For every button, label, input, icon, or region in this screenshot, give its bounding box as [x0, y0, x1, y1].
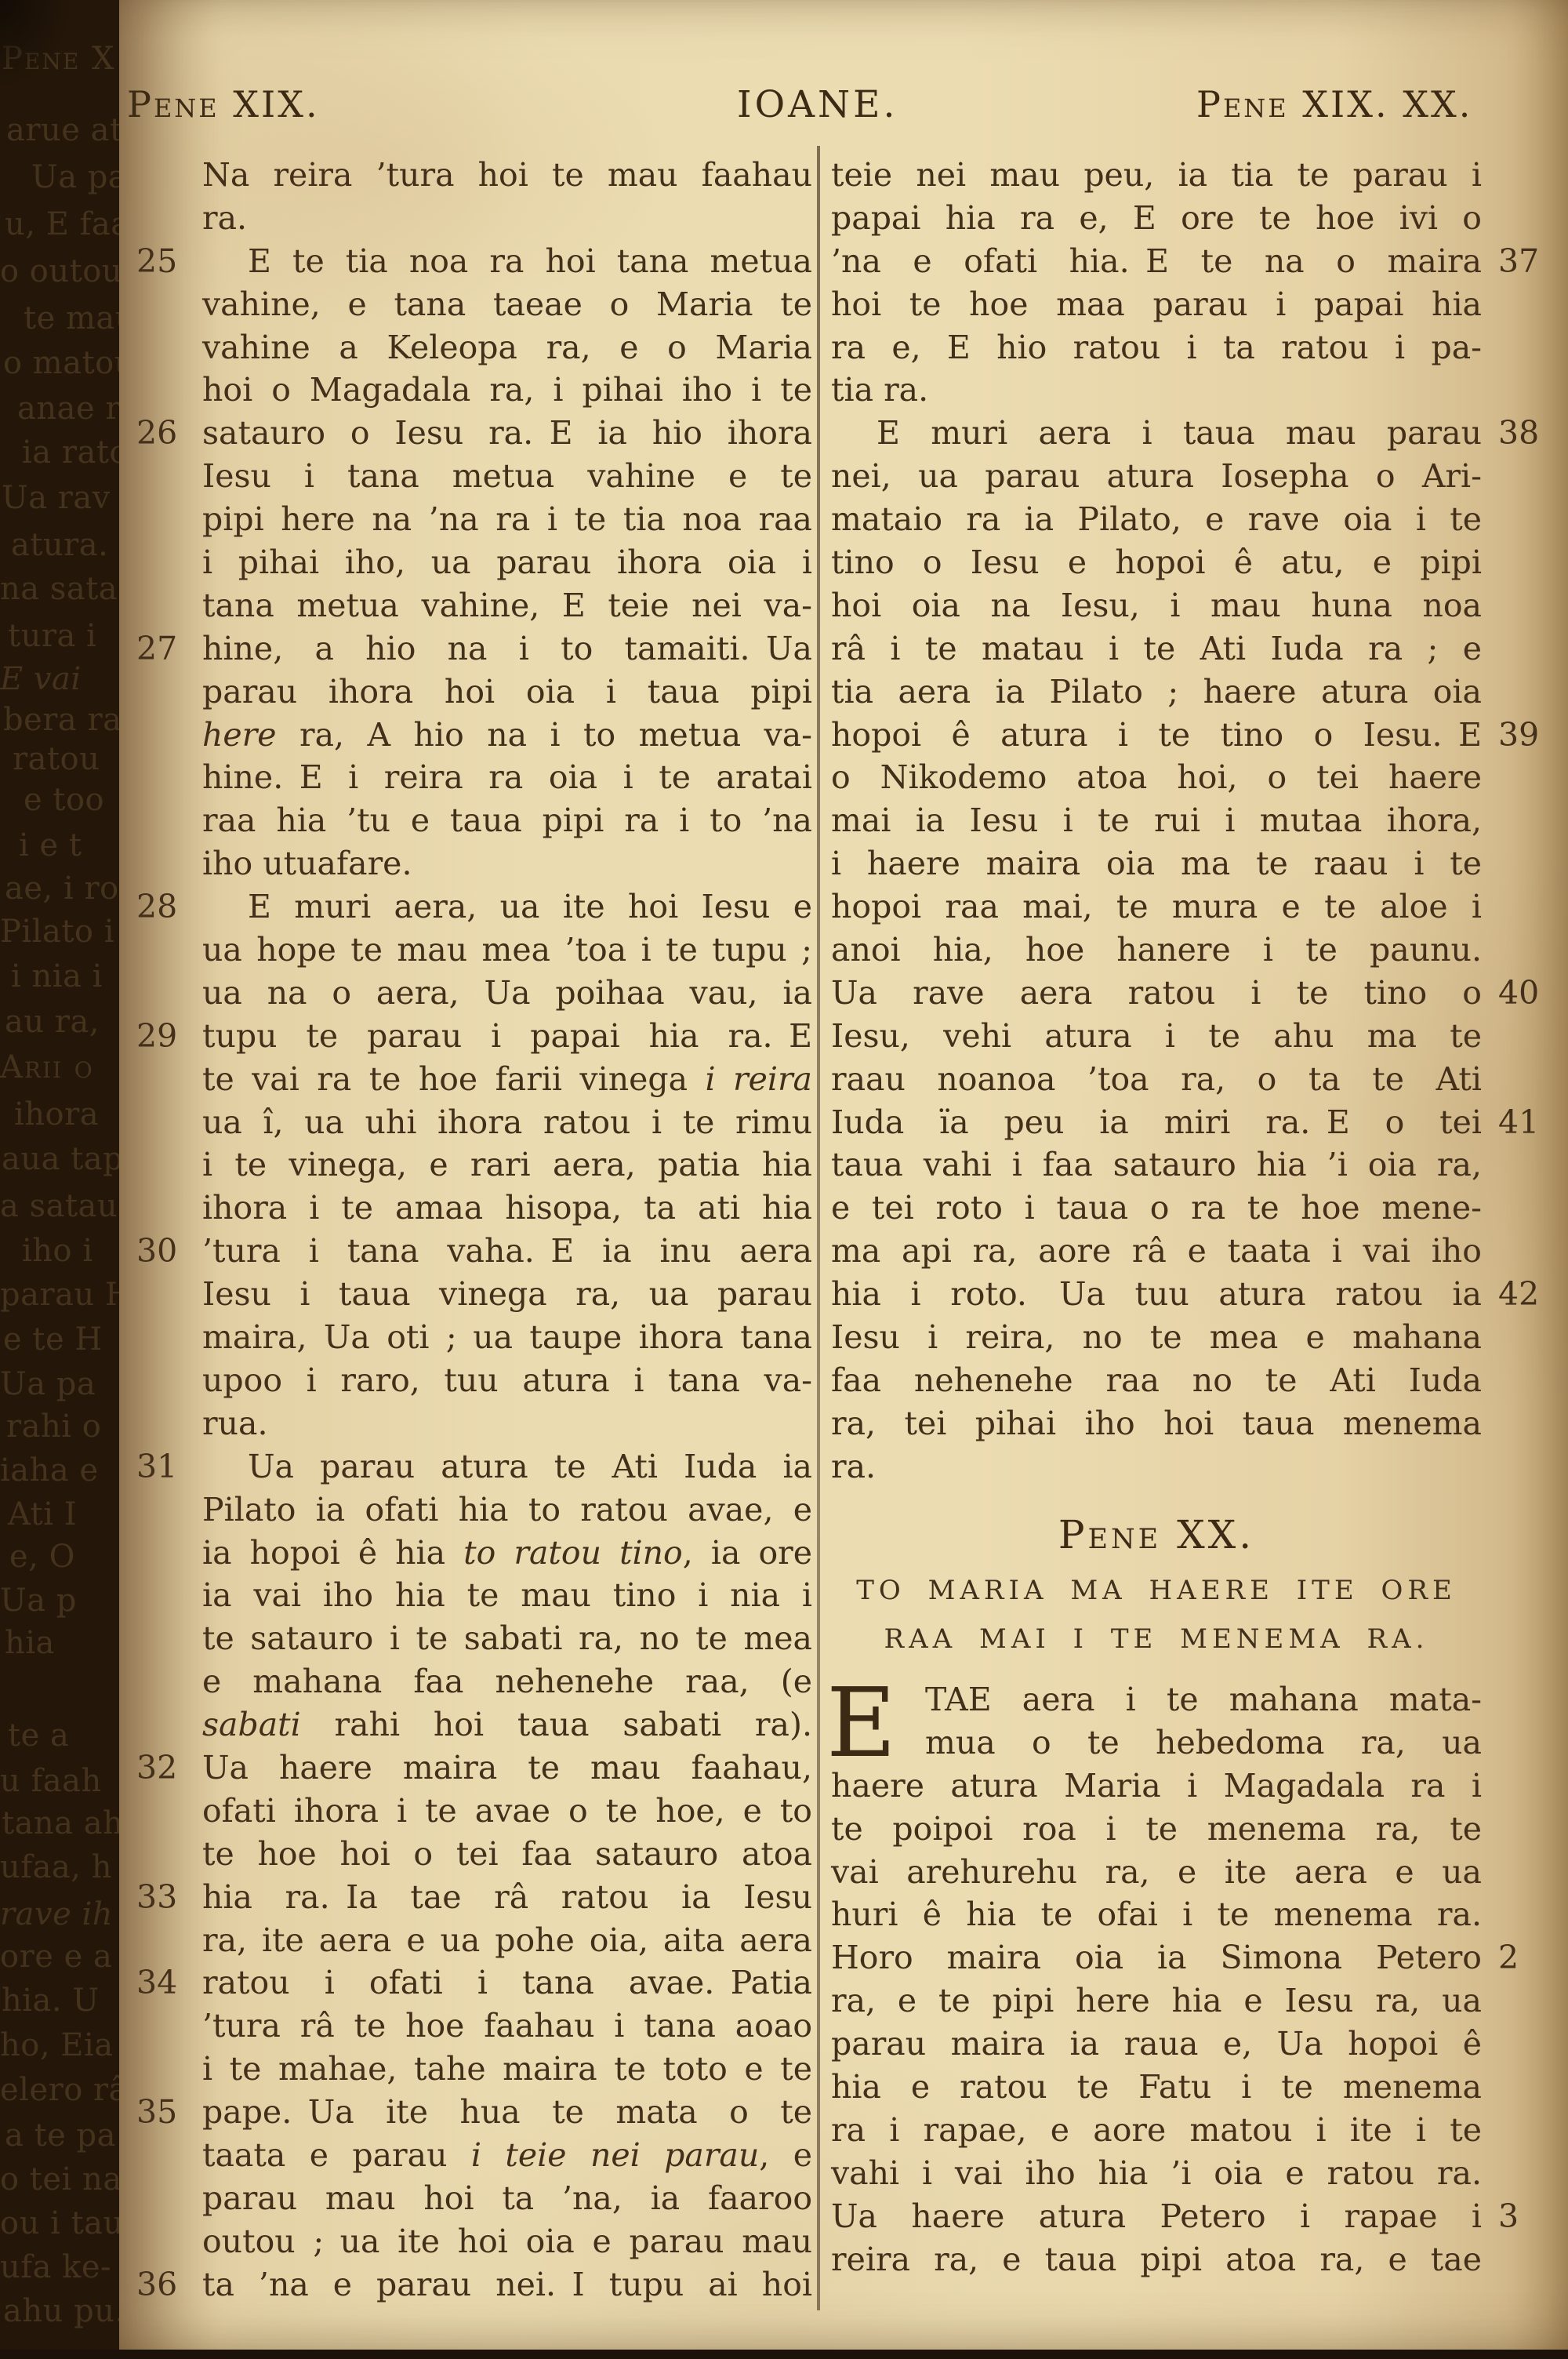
text-line: tia ra.	[831, 369, 1482, 412]
text-line: 28E muri aera, ua ite hoi Iesu e	[202, 885, 812, 929]
body-text: tia ra.	[831, 371, 928, 409]
body-text: Ua parau atura te Ati Iuda ia	[248, 1448, 812, 1485]
text-line: te vai ra te hoe farii vinega i reira	[202, 1058, 812, 1101]
edge-text-fragment: o matou	[3, 345, 119, 381]
body-text: iho utuafare.	[202, 845, 412, 882]
body-text: vahi i vai iho hia ’i oia e ratou ra.	[831, 2154, 1482, 2192]
body-text: teie nei mau peu, ia tia te parau i	[831, 156, 1482, 194]
edge-text-fragment: E vai	[0, 661, 82, 697]
text-line: taua vahi i faa satauro hia ’i oia ra,	[831, 1143, 1482, 1187]
verse-number: 41	[1498, 1101, 1564, 1144]
text-line: vahi i vai iho hia ’i oia e ratou ra.	[831, 2152, 1482, 2195]
body-text: te poipoi roa i te menema ra, te	[831, 1810, 1482, 1848]
edge-text-fragment: i nia i	[11, 958, 103, 994]
text-line: ra, e te pipi here hia e Iesu ra, ua	[831, 1979, 1482, 2023]
body-text: anoi hia, hoe hanere i te paunu.	[831, 931, 1482, 969]
body-text: ra, tei pihai iho hoi taua menema	[831, 1405, 1482, 1442]
body-text: râ i te matau i te Ati Iuda ra ; e	[831, 630, 1482, 667]
body-text: tupu te parau i papai hia ra. E	[202, 1017, 812, 1055]
text-line: te satauro i te sabati ra, no te mea	[202, 1617, 812, 1660]
edge-text-fragment: hia	[5, 1625, 55, 1661]
italic-text: here	[202, 716, 277, 754]
edge-text-fragment: rahi o	[6, 1408, 101, 1445]
edge-text-fragment: ahu pu.	[3, 2293, 119, 2329]
text-line: 26satauro o Iesu ra. E ia hio ihora	[202, 412, 812, 455]
body-text: huri ê hia te ofai i te menema ra.	[831, 1896, 1482, 1933]
text-line: ua hope te mau mea ’toa i te tupu ;	[202, 929, 812, 972]
edge-text-fragment: e te H	[3, 1321, 103, 1358]
body-text: hine. E i reira ra oia i te aratai	[202, 758, 812, 796]
body-text: hine, a hio na i to tamaiti. Ua	[202, 630, 812, 667]
body-text: ’tura i tana vaha. E ia inu aera	[202, 1232, 812, 1270]
text-line: 34ratou i ofati i tana avae. Patia	[202, 1961, 812, 2005]
text-column-right-ch20: E TAE aera i te mahana mata-mua o te heb…	[831, 1678, 1482, 2281]
edge-text-fragment: ufa ke-	[0, 2249, 111, 2285]
edge-text-fragment: ae, i ro	[5, 871, 119, 907]
body-text: te satauro i te sabati ra, no te mea	[202, 1619, 812, 1657]
page-curl-shadow	[0, 0, 71, 86]
italic-text: to ratou tino	[463, 1534, 683, 1572]
book-page-photo: { "header": { "left": "Pene XIX.", "cent…	[0, 0, 1568, 2359]
edge-text-fragment: ufaa, h	[0, 1849, 112, 1885]
verse-number: 40	[1498, 972, 1564, 1015]
verse-number: 33	[136, 1876, 198, 1919]
body-text: taata e parau	[202, 2136, 471, 2174]
text-line: taata e parau i teie nei parau, e	[202, 2134, 812, 2177]
text-line: TAE aera i te mahana mata-	[831, 1678, 1482, 1721]
edge-text-fragment: au ra,	[5, 1004, 100, 1040]
text-line: 39hopoi ê atura i te tino o Iesu. E	[831, 714, 1482, 757]
text-line: parau mau hoi ta ’na, ia faaroo	[202, 2177, 812, 2220]
verse-number: 35	[136, 2091, 198, 2134]
text-line: tino o Iesu e hopoi ê atu, e pipi	[831, 541, 1482, 584]
body-text: satauro o Iesu ra. E ia hio ihora	[202, 414, 812, 452]
edge-text-fragment: o outou	[0, 253, 119, 289]
text-line: reira ra, e taua pipi atoa ra, e tae	[831, 2238, 1482, 2281]
body-text: hopoi raa mai, te mura e te aloe i	[831, 888, 1482, 925]
text-line: rua.	[202, 1402, 812, 1445]
verse-number: 27	[136, 627, 198, 671]
edge-text-fragment: ho, Eia	[0, 2027, 114, 2063]
text-line: mataio ra ia Pilato, e rave oia i te	[831, 498, 1482, 541]
verse-number: 36	[136, 2263, 198, 2306]
text-line: Na reira ’tura hoi te mau faahau	[202, 154, 812, 197]
text-line: ia vai iho hia te mau tino i nia i	[202, 1574, 812, 1617]
verse-number: 37	[1498, 240, 1564, 283]
body-text: i te mahae, tahe maira te toto e te	[202, 2050, 812, 2088]
text-line: tana metua vahine, E teie nei va-	[202, 584, 812, 627]
body-text: parau maira ia raua e, Ua hopoi ê	[831, 2025, 1482, 2063]
chapter-heading: Pene XX.	[831, 1512, 1482, 1558]
text-line: ma api ra, aore râ e taata i vai iho	[831, 1230, 1482, 1273]
body-text: E te tia noa ra hoi tana metua	[248, 242, 812, 280]
verse-number: 25	[136, 240, 198, 283]
body-text: hopoi ê atura i te tino o Iesu. E	[831, 716, 1482, 754]
page: Pene XIX. IOANE. Pene XIX. XX. Na reira …	[119, 0, 1568, 2351]
edge-text-fragment: Ua pa	[31, 159, 119, 195]
text-line: haere atura Maria i Magadala ra i	[831, 1765, 1482, 1808]
photo-bottom-edge	[0, 2350, 1568, 2359]
edge-text-fragment: a satau	[0, 1188, 118, 1224]
text-line: 42hia i roto. Ua tuu atura ratou ia	[831, 1273, 1482, 1316]
edge-text-fragment: iaha e	[0, 1452, 99, 1488]
body-text: vahine, e tana taeae o Maria te	[202, 285, 812, 323]
body-text: , ia ore	[683, 1534, 812, 1572]
edge-text-fragment: atura.	[11, 527, 108, 563]
italic-text: i reira	[705, 1060, 812, 1098]
edge-text-fragment: Ati I	[8, 1496, 77, 1532]
text-line: faa nehenehe raa no te Ati Iuda	[831, 1359, 1482, 1402]
text-line: 41Iuda ïa peu ia miri ra. E o tei	[831, 1101, 1482, 1144]
verse-number: 42	[1498, 1273, 1564, 1316]
body-text: mua o te hebedoma ra, ua	[925, 1724, 1482, 1761]
body-text: ’na e ofati hia. E te na o maira	[831, 242, 1482, 280]
edge-text-fragment: aua tap	[2, 1141, 119, 1177]
body-text: ma api ra, aore râ e taata i vai iho	[831, 1232, 1482, 1270]
edge-text-fragment: rave ih	[0, 1896, 113, 1932]
text-line: raau noanoa ’toa ra, o ta te Ati	[831, 1058, 1482, 1101]
body-text: faa nehenehe raa no te Ati Iuda	[831, 1361, 1482, 1399]
text-line: huri ê hia te ofai i te menema ra.	[831, 1893, 1482, 1936]
text-column-right-ch19: teie nei mau peu, ia tia te parau ipapai…	[831, 154, 1482, 1488]
body-text: rua.	[202, 1405, 267, 1442]
edge-text-fragment: Pilato i	[0, 914, 114, 950]
verse-number: 39	[1498, 714, 1564, 757]
text-line: ra, ite aera e ua pohe oia, aita aera	[202, 1919, 812, 1962]
text-line: hoi te hoe maa parau i papai hia	[831, 283, 1482, 326]
text-line: maira, Ua oti ; ua taupe ihora tana	[202, 1316, 812, 1359]
body-text: Iuda ïa peu ia miri ra. E o tei	[831, 1103, 1482, 1141]
text-line: hopoi raa mai, te mura e te aloe i	[831, 885, 1482, 929]
text-line: 30’tura i tana vaha. E ia inu aera	[202, 1230, 812, 1273]
edge-text-fragment: Ua rav	[2, 480, 111, 516]
edge-text-fragment: Arii o	[0, 1049, 94, 1085]
text-line: ra i rapae, e aore matou i ite i te	[831, 2109, 1482, 2152]
body-text: ra i rapae, e aore matou i ite i te	[831, 2111, 1482, 2149]
text-line: te poipoi roa i te menema ra, te	[831, 1808, 1482, 1851]
edge-text-fragment: u faah	[0, 1763, 102, 1799]
body-text: ra, e te pipi here hia e Iesu ra, ua	[831, 1982, 1482, 2019]
body-text: Na reira ’tura hoi te mau faahau	[202, 156, 812, 194]
text-line: hine. E i reira ra oia i te aratai	[202, 756, 812, 799]
text-line: 29tupu te parau i papai hia ra. E	[202, 1015, 812, 1058]
body-text: rahi hoi taua sabati ra).	[301, 1706, 812, 1743]
body-text: haere atura Maria i Magadala ra i	[831, 1767, 1482, 1805]
text-line: ra e, E hio ratou i ta ratou i pa-	[831, 326, 1482, 369]
chapter-subtitle-line1: TO MARIA MA HAERE ITE ORE	[831, 1575, 1482, 1606]
text-line: 32Ua haere maira te mau faahau,	[202, 1747, 812, 1790]
body-text: tia aera ia Pilato ; haere atura oia	[831, 673, 1482, 711]
body-text: hia i roto. Ua tuu atura ratou ia	[831, 1275, 1482, 1313]
body-text: hoi oia na Iesu, i mau huna noa	[831, 587, 1482, 624]
text-line: 3Ua haere atura Petero i rapae i	[831, 2195, 1482, 2238]
body-text: te hoe hoi o tei faa satauro atoa	[202, 1835, 812, 1873]
body-text: ra.	[202, 199, 247, 237]
running-head-title: IOANE.	[737, 83, 898, 126]
body-text: ratou i ofati i tana avae. Patia	[202, 1964, 812, 2001]
text-line: râ i te matau i te Ati Iuda ra ; e	[831, 627, 1482, 671]
text-line: here ra, A hio na i to metua va-	[202, 714, 812, 757]
body-text: pape. Ua ite hua te mata o te	[202, 2093, 812, 2131]
text-line: 2Horo maira oia ia Simona Petero	[831, 1936, 1482, 1979]
edge-text-fragment: e too	[24, 782, 104, 818]
text-line: ihora i te amaa hisopa, ta ati hia	[202, 1187, 812, 1230]
body-text: maira, Ua oti ; ua taupe ihora tana	[202, 1318, 812, 1356]
edge-text-fragment: e, O	[9, 1539, 75, 1575]
text-line: 31Ua parau atura te Ati Iuda ia	[202, 1445, 812, 1488]
text-line: hoi oia na Iesu, i mau huna noa	[831, 584, 1482, 627]
verse-number: 32	[136, 1747, 198, 1790]
text-line: Iesu i tana metua vahine e te	[202, 455, 812, 498]
body-text: parau mau hoi ta ’na, ia faaroo	[202, 2179, 812, 2217]
body-text: te vai ra te hoe farii vinega	[202, 1060, 705, 1098]
text-line: vahine, e tana taeae o Maria te	[202, 283, 812, 326]
edge-text-fragment: parau H	[0, 1277, 119, 1313]
chapter-subtitle-line2: RAA MAI I TE MENEMA RA.	[831, 1623, 1482, 1655]
body-text: e tei roto i taua o ra te hoe mene-	[831, 1189, 1482, 1227]
verse-number: 38	[1498, 412, 1564, 455]
body-text: Ua rave aera ratou i te tino o	[831, 974, 1482, 1012]
text-line: 40Ua rave aera ratou i te tino o	[831, 972, 1482, 1015]
text-line: mua o te hebedoma ra, ua	[831, 1721, 1482, 1765]
text-line: upoo i raro, tuu atura i tana va-	[202, 1359, 812, 1402]
verse-number: 26	[136, 412, 198, 455]
body-text: Iesu, vehi atura i te ahu ma te	[831, 1017, 1482, 1055]
body-text: hia e ratou te Fatu i te menema	[831, 2068, 1482, 2106]
running-head-left: Pene XIX.	[127, 83, 320, 125]
verse-number: 28	[136, 885, 198, 929]
text-line: ra, tei pihai iho hoi taua menema	[831, 1402, 1482, 1445]
text-line: 36ta ’na e parau nei. I tupu ai hoi	[202, 2263, 812, 2306]
body-text: mai ia Iesu i te rui i mutaa ihora,	[831, 801, 1482, 839]
body-text: ra, ite aera e ua pohe oia, aita aera	[202, 1921, 812, 1959]
edge-text-fragment: o tei na	[0, 2161, 119, 2197]
text-line: ofati ihora i te avae o te hoe, e to	[202, 1790, 812, 1833]
edge-text-fragment: te mau	[24, 300, 119, 336]
body-text: vai arehurehu ra, e ite aera e ua	[831, 1853, 1482, 1891]
body-text: vahine a Keleopa ra, e o Maria	[202, 329, 812, 366]
verse-number: 29	[136, 1015, 198, 1058]
previous-page-edge: Pene Xarue atuUa pau, E faao outoute mau…	[0, 0, 119, 2351]
text-line: outou ; ua ite hoi oia e parau mau	[202, 2220, 812, 2263]
text-line: iho utuafare.	[202, 842, 812, 885]
body-text: hia ra. Ia tae râ ratou ia Iesu	[202, 1878, 812, 1916]
edge-text-fragment: na sata	[0, 571, 118, 607]
text-line: nei, ua parau atura Iosepha o Ari-	[831, 455, 1482, 498]
edge-text-fragment: elero râ	[0, 2072, 119, 2108]
edge-text-fragment: anae ra	[17, 391, 119, 427]
edge-text-fragment: tana ah	[2, 1805, 119, 1841]
text-line: ua na o aera, Ua poihaa vau, ia	[202, 972, 812, 1015]
body-text: ra, A hio na i to metua va-	[277, 716, 812, 754]
body-text: i haere maira oia ma te raau i te	[831, 845, 1482, 882]
edge-text-fragment: ia ratou	[22, 434, 119, 471]
body-text: TAE aera i te mahana mata-	[925, 1681, 1482, 1718]
body-text: Iesu i taua vinega ra, ua parau	[202, 1275, 812, 1313]
text-line: papai hia ra e, E ore te hoe ivi o	[831, 197, 1482, 240]
body-text: raa hia ’tu e taua pipi ra i to ’na	[202, 801, 812, 839]
text-line: Iesu i taua vinega ra, ua parau	[202, 1273, 812, 1316]
edge-text-fragment: a te pa	[5, 2117, 116, 2154]
text-line: hia e ratou te Fatu i te menema	[831, 2066, 1482, 2109]
text-line: e mahana faa nehenehe raa, (e	[202, 1660, 812, 1703]
verse-number: 34	[136, 1961, 198, 2005]
edge-text-fragment: arue atu	[6, 112, 119, 148]
body-text: ihora i te amaa hisopa, ta ati hia	[202, 1189, 812, 1227]
body-text: Ua haere atura Petero i rapae i	[831, 2197, 1482, 2235]
edge-text-fragment: bera ra	[3, 702, 119, 738]
text-line: hoi o Magadala ra, i pihai iho i te	[202, 369, 812, 412]
text-line: tia aera ia Pilato ; haere atura oia	[831, 671, 1482, 714]
body-text: raau noanoa ’toa ra, o ta te Ati	[831, 1060, 1482, 1098]
body-text: Iesu i tana metua vahine e te	[202, 457, 812, 495]
edge-text-fragment: ou i tau	[0, 2205, 119, 2241]
edge-text-fragment: i e t	[19, 827, 82, 863]
text-line: e tei roto i taua o ra te hoe mene-	[831, 1187, 1482, 1230]
text-line: i te vinega, e rari aera, patia hia	[202, 1143, 812, 1187]
body-text: , e	[759, 2136, 812, 2174]
body-text: E muri aera i taua mau parau	[877, 414, 1482, 452]
body-text: nei, ua parau atura Iosepha o Ari-	[831, 457, 1482, 495]
body-text: outou ; ua ite hoi oia e parau mau	[202, 2223, 812, 2260]
body-text: o Nikodemo atoa hoi, o tei haere	[831, 758, 1482, 796]
body-text: tino o Iesu e hopoi ê atu, e pipi	[831, 543, 1482, 581]
body-text: hoi te hoe maa parau i papai hia	[831, 285, 1482, 323]
body-text: mataio ra ia Pilato, e rave oia i te	[831, 500, 1482, 538]
text-line: Pilato ia ofati hia to ratou avae, e	[202, 1488, 812, 1532]
body-text: papai hia ra e, E ore te hoe ivi o	[831, 199, 1482, 237]
body-text: ua î, ua uhi ihora ratou i te rimu	[202, 1103, 812, 1141]
verse-number: 30	[136, 1230, 198, 1273]
text-line: parau maira ia raua e, Ua hopoi ê	[831, 2023, 1482, 2066]
edge-text-fragment: ore e a	[0, 1939, 112, 1975]
body-text: reira ra, e taua pipi atoa ra, e tae	[831, 2241, 1482, 2278]
verse-number: 31	[136, 1445, 198, 1488]
text-line: sabati rahi hoi taua sabati ra).	[202, 1703, 812, 1747]
text-line: i te mahae, tahe maira te toto e te	[202, 2048, 812, 2091]
body-text: ofati ihora i te avae o te hoe, e to	[202, 1792, 812, 1830]
text-line: o Nikodemo atoa hoi, o tei haere	[831, 756, 1482, 799]
body-text: e mahana faa nehenehe raa, (e	[202, 1663, 812, 1700]
text-line: 37’na e ofati hia. E te na o maira	[831, 240, 1482, 283]
body-text: E muri aera, ua ite hoi Iesu e	[248, 888, 812, 925]
text-line: teie nei mau peu, ia tia te parau i	[831, 154, 1482, 197]
edge-text-fragment: Ua p	[0, 1583, 77, 1619]
body-text: Pilato ia ofati hia to ratou avae, e	[202, 1491, 812, 1528]
body-text: ’tura râ te hoe faahau i tana aoao	[202, 2007, 812, 2045]
body-text: Ua haere maira te mau faahau,	[202, 1749, 812, 1787]
body-text: ua na o aera, Ua poihaa vau, ia	[202, 974, 812, 1012]
body-text: ia vai iho hia te mau tino i nia i	[202, 1576, 812, 1614]
edge-text-fragment: tura i	[8, 618, 96, 654]
text-line: ’tura râ te hoe faahau i tana aoao	[202, 2005, 812, 2048]
text-line: vai arehurehu ra, e ite aera e ua	[831, 1851, 1482, 1894]
edge-text-fragment: ihora	[14, 1096, 99, 1132]
body-text: i pihai iho, ua parau ihora oia i	[202, 543, 812, 581]
edge-text-fragment: te a	[8, 1717, 69, 1754]
text-line: 25E te tia noa ra hoi tana metua	[202, 240, 812, 283]
body-text: ua hope te mau mea ’toa i te tupu ;	[202, 931, 812, 969]
body-text: Iesu i reira, no te mea e mahana	[831, 1318, 1482, 1356]
column-divider-rule	[817, 146, 820, 2310]
text-line: raa hia ’tu e taua pipi ra i to ’na	[202, 799, 812, 842]
text-line: 35pape. Ua ite hua te mata o te	[202, 2091, 812, 2134]
edge-text-fragment: iho i	[22, 1233, 93, 1269]
body-text: ra.	[831, 1448, 876, 1485]
text-line: 33hia ra. Ia tae râ ratou ia Iesu	[202, 1876, 812, 1919]
text-line: vahine a Keleopa ra, e o Maria	[202, 326, 812, 369]
text-line: 38E muri aera i taua mau parau	[831, 412, 1482, 455]
verse-number: 3	[1498, 2195, 1564, 2238]
text-line: Iesu i reira, no te mea e mahana	[831, 1316, 1482, 1359]
running-head-right: Pene XIX. XX.	[1196, 83, 1472, 125]
text-line: ra.	[202, 197, 812, 240]
italic-text: i teie nei parau	[471, 2136, 759, 2174]
body-text: ia hopoi ê hia	[202, 1534, 463, 1572]
body-text: pipi here na ’na ra i te tia noa raa	[202, 500, 812, 538]
text-line: i haere maira oia ma te raau i te	[831, 842, 1482, 885]
edge-text-fragment: ratou	[13, 741, 100, 777]
text-line: ua î, ua uhi ihora ratou i te rimu	[202, 1101, 812, 1144]
text-line: anoi hia, hoe hanere i te paunu.	[831, 929, 1482, 972]
body-text: Horo maira oia ia Simona Petero	[831, 1939, 1482, 1976]
body-text: taua vahi i faa satauro hia ’i oia ra,	[831, 1146, 1482, 1183]
body-text: ra e, E hio ratou i ta ratou i pa-	[831, 329, 1482, 366]
body-text: tana metua vahine, E teie nei va-	[202, 587, 812, 624]
text-line: mai ia Iesu i te rui i mutaa ihora,	[831, 799, 1482, 842]
text-line: ia hopoi ê hia to ratou tino, ia ore	[202, 1532, 812, 1575]
body-text: parau ihora hoi oia i taua pipi	[202, 673, 812, 711]
text-line: pipi here na ’na ra i te tia noa raa	[202, 498, 812, 541]
text-line: te hoe hoi o tei faa satauro atoa	[202, 1833, 812, 1876]
italic-text: sabati	[202, 1706, 301, 1743]
edge-text-fragment: Ua pa	[0, 1366, 96, 1402]
text-line: i pihai iho, ua parau ihora oia i	[202, 541, 812, 584]
edge-text-fragment: u, E faa	[5, 206, 119, 242]
text-column-left: Na reira ’tura hoi te mau faahaura.25E t…	[202, 154, 812, 2306]
text-line: ra.	[831, 1445, 1482, 1488]
text-line: Iesu, vehi atura i te ahu ma te	[831, 1015, 1482, 1058]
body-text: ta ’na e parau nei. I tupu ai hoi	[202, 2266, 812, 2303]
body-text: i te vinega, e rari aera, patia hia	[202, 1146, 812, 1183]
edge-text-fragment: hia. U	[2, 1983, 100, 2019]
verse-number: 2	[1498, 1936, 1564, 1979]
body-text: upoo i raro, tuu atura i tana va-	[202, 1361, 812, 1399]
text-line: parau ihora hoi oia i taua pipi	[202, 671, 812, 714]
text-line: 27hine, a hio na i to tamaiti. Ua	[202, 627, 812, 671]
body-text: hoi o Magadala ra, i pihai iho i te	[202, 371, 812, 409]
